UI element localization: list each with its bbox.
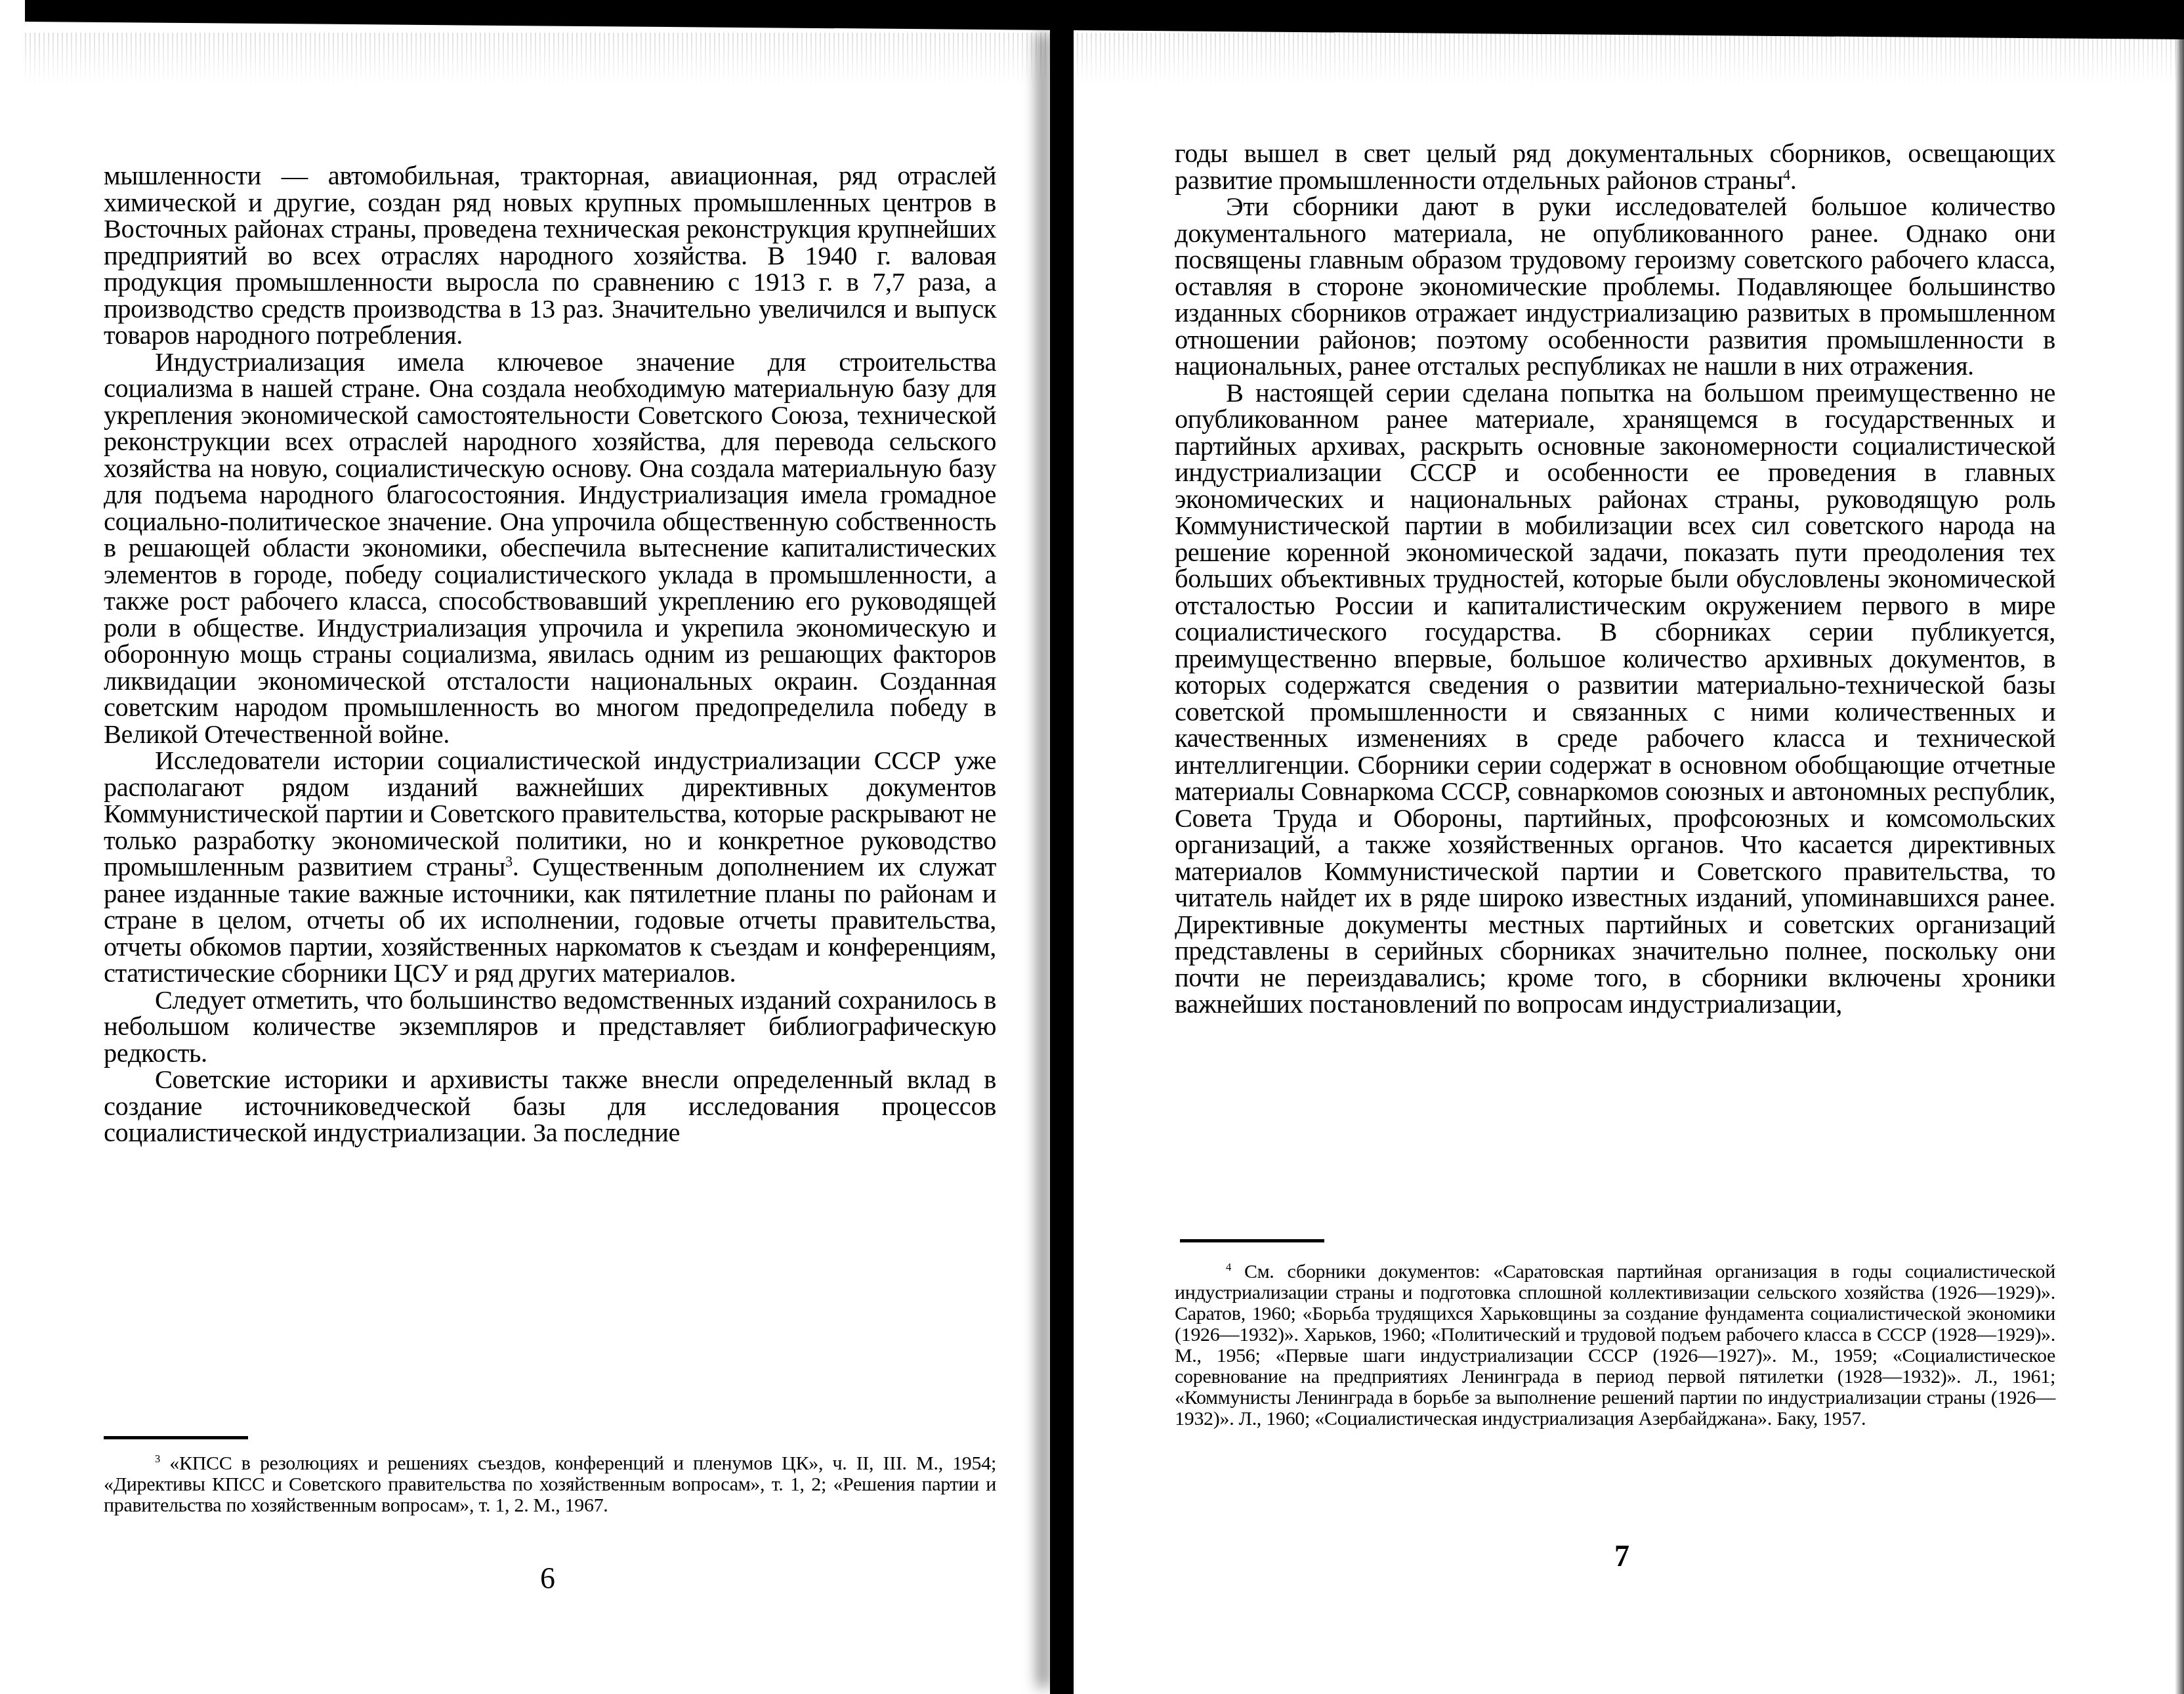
paragraph: годы вышел в свет целый ряд документальн… bbox=[1175, 140, 2055, 194]
footnote-text: «КПСС в резолюциях и решениях съездов, к… bbox=[104, 1452, 996, 1516]
paragraph: Исследователи истории социалистической и… bbox=[104, 748, 996, 987]
footnote-ref[interactable]: 3 bbox=[505, 853, 513, 870]
paragraph: В настоящей серии сделана попытка на бол… bbox=[1175, 380, 2055, 1018]
paragraph: Эти сборники дают в руки исследователей … bbox=[1175, 194, 2055, 380]
page-number: 7 bbox=[1614, 1538, 1629, 1573]
footnote: 3 «КПСС в резолюциях и решениях съездов,… bbox=[104, 1453, 996, 1516]
footnote-divider bbox=[1180, 1239, 1324, 1242]
footnote-marker: 3 bbox=[155, 1452, 160, 1465]
page-number: 6 bbox=[540, 1561, 555, 1596]
left-page-body: мышленности — автомобильная, тракторная,… bbox=[104, 163, 996, 1147]
footnote-text: См. сборники документов: «Саратовская па… bbox=[1175, 1261, 2055, 1429]
book-gutter-shadow bbox=[1050, 26, 1074, 1694]
paragraph: Индустриализация имела ключевое значение… bbox=[104, 349, 996, 748]
punctuation: . bbox=[1790, 165, 1797, 195]
scan-top-noise bbox=[25, 33, 2184, 85]
paragraph: мышленности — автомобильная, тракторная,… bbox=[104, 163, 996, 349]
footnote-marker: 4 bbox=[1226, 1261, 1231, 1273]
paragraph: Советские историки и архивисты также вне… bbox=[104, 1067, 996, 1147]
paragraph-text: годы вышел в свет целый ряд документальн… bbox=[1175, 138, 2055, 195]
footnote: 4 См. сборники документов: «Саратовская … bbox=[1175, 1261, 2055, 1429]
scan-right-edge-shadow bbox=[2175, 26, 2184, 1694]
right-page-body: годы вышел в свет целый ряд документальн… bbox=[1175, 140, 2055, 1018]
footnote-divider bbox=[104, 1436, 248, 1439]
paragraph: Следует отметить, что большинство ведомс… bbox=[104, 987, 996, 1067]
footnote-ref[interactable]: 4 bbox=[1783, 166, 1790, 182]
